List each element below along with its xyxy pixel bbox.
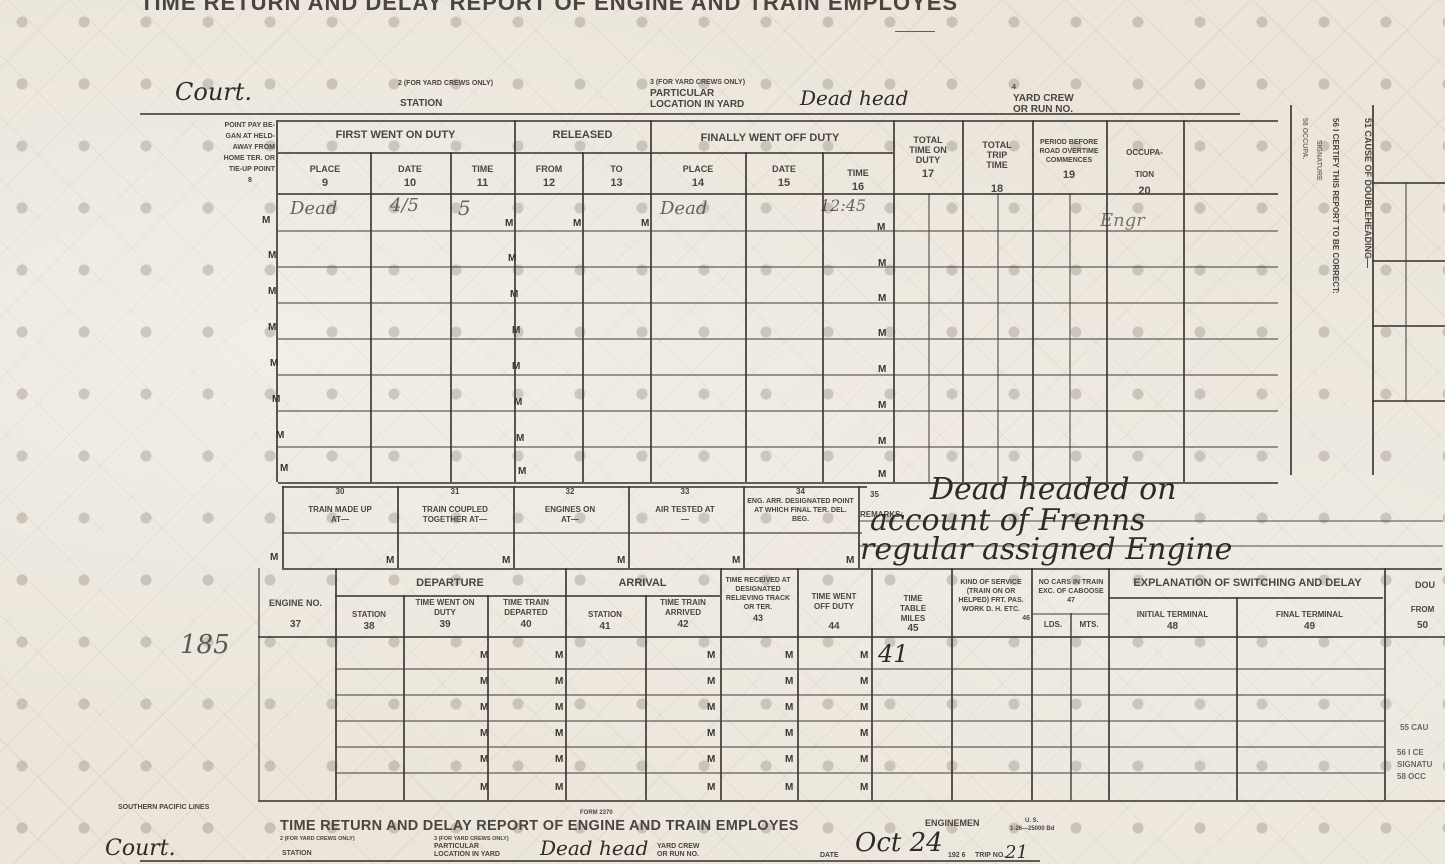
grid-line — [1384, 568, 1386, 800]
grid-line — [370, 152, 372, 482]
col-label: TIME WENT ON DUTY — [415, 598, 475, 618]
grid-line — [797, 568, 799, 800]
col-time-table-miles-45: TIME TABLE MILES45 — [873, 594, 953, 634]
footer-year-value: 192 6 — [948, 852, 966, 859]
group-first-went-on-duty: FIRST WENT ON DUTY — [278, 130, 513, 140]
meridian-marker: M — [785, 782, 793, 793]
grid-line — [278, 410, 1278, 412]
col-time-train-departed-40: TIME TRAIN DEPARTED40 — [488, 598, 564, 630]
col-label: PERIOD BEFORE ROAD OVERTIME COMMENCES — [1036, 138, 1102, 165]
meridian-marker: M — [707, 754, 715, 765]
col-num: 43 — [720, 614, 796, 623]
col-num: 44 — [798, 622, 870, 632]
col-num: 10 — [370, 178, 450, 188]
col-eng-arr-34: 34ENG. ARR. DESIGNATED POINT AT WHICH FI… — [743, 487, 858, 524]
meridian-marker: M — [860, 728, 868, 739]
col-num: 9 — [280, 178, 370, 188]
col-num: 40 — [488, 620, 564, 630]
col-label: TIME WENT OFF DUTY — [803, 592, 865, 612]
col-label: KIND OF SERVICE (TRAIN ON OR HELPED) FRT… — [954, 578, 1028, 614]
grid-line — [335, 746, 1385, 748]
handwritten-time: 5 — [458, 196, 471, 220]
col-date-10: DATE10 — [370, 164, 450, 188]
meridian-marker: M — [268, 286, 276, 297]
group-finally-went-off-duty: FINALLY WENT OFF DUTY — [650, 133, 890, 143]
footer-title: TIME RETURN AND DELAY REPORT OF ENGINE A… — [280, 818, 799, 834]
handwritten-occupation: Engr — [1100, 210, 1145, 231]
side-note-line: 8 — [185, 175, 275, 186]
footer-station-label-num: 2 (FOR YARD CREWS ONLY) — [280, 836, 355, 842]
footer-print-code: 1-26—25000 Bd — [1010, 826, 1054, 832]
grid-line — [282, 568, 1442, 570]
grid-line — [1236, 597, 1238, 800]
meridian-marker: M — [480, 782, 488, 793]
col-station-41: STATION41 — [566, 610, 644, 632]
footer-location-label-num: 3 (FOR YARD CREWS ONLY) — [434, 836, 509, 842]
col-time-received-43: TIME RECEIVED AT DESIGNATED RELIEVING TR… — [720, 576, 796, 623]
meridian-marker: M — [878, 436, 886, 447]
form-number: FORM 2370 — [580, 810, 613, 816]
handwritten-place-off: Dead — [660, 198, 707, 219]
side-code-56: 56 I CE — [1397, 748, 1424, 757]
meridian-marker: M — [617, 555, 625, 566]
grid-line — [514, 120, 516, 482]
meridian-marker: M — [505, 218, 513, 229]
col-num: 20 — [1107, 186, 1182, 196]
meridian-marker: M — [512, 325, 520, 336]
meridian-marker: M — [878, 258, 886, 269]
meridian-marker: M — [707, 782, 715, 793]
col-label: TO — [583, 164, 650, 174]
group-released: RELEASED — [515, 130, 650, 140]
handwritten-station: Court. — [175, 78, 252, 106]
col-label: AIR TESTED AT— — [655, 505, 715, 525]
col-label: ENGINE NO. — [258, 598, 333, 608]
col-num: 15 — [745, 178, 823, 188]
footer-rule — [140, 860, 1040, 862]
grid-line — [582, 152, 584, 482]
document-page: TIME RETURN AND DELAY REPORT OF ENGINE A… — [0, 0, 1445, 864]
col-label: PLACE — [280, 164, 370, 174]
meridian-marker: M — [518, 466, 526, 477]
grid-line — [278, 446, 1278, 448]
side-note: POINT PAY BE- GAN AT HELD- AWAY FROM HOM… — [185, 120, 275, 186]
col-num: 17 — [895, 169, 961, 179]
meridian-marker: M — [785, 650, 793, 661]
meridian-marker: M — [555, 702, 563, 713]
side-note-line: TIE-UP POINT — [185, 164, 275, 175]
footer-handwritten-location: Dead head — [540, 836, 648, 860]
meridian-marker: M — [512, 361, 520, 372]
side-panel-border — [1290, 105, 1292, 475]
meridian-marker: M — [860, 650, 868, 661]
col-num: 14 — [652, 178, 744, 188]
grid-line — [487, 595, 489, 800]
meridian-marker: M — [508, 253, 516, 264]
grid-line — [450, 152, 452, 482]
meridian-marker: M — [268, 250, 276, 261]
meridian-marker: M — [641, 218, 649, 229]
meridian-marker: M — [860, 702, 868, 713]
col-num: 31 — [400, 487, 510, 497]
grid-line — [1032, 120, 1034, 482]
col-label: TIME — [450, 164, 515, 174]
col-num: 13 — [583, 178, 650, 188]
col-place-9: PLACE9 — [280, 164, 370, 188]
side-code-58: 58 OCC — [1397, 772, 1426, 781]
col-date-15: DATE15 — [745, 164, 823, 188]
grid-line — [403, 595, 405, 800]
footer-category: ENGINEMEN — [925, 818, 980, 828]
grid-line — [397, 486, 399, 568]
col-label: FINAL TERMINAL — [1237, 610, 1382, 620]
col-time-11: TIME11 — [450, 164, 515, 188]
col-period-before-overtime-19: PERIOD BEFORE ROAD OVERTIME COMMENCES19 — [1033, 138, 1105, 180]
col-label: INITIAL TERMINAL — [1110, 610, 1235, 620]
signature-label: SIGNATURE — [1315, 140, 1322, 181]
grid-line — [335, 772, 1385, 774]
col-label: TIME TRAIN ARRIVED — [653, 598, 713, 618]
grid-line — [335, 694, 1385, 696]
col-air-tested-33: 33AIR TESTED AT— — [630, 487, 740, 525]
location-label-num: 3 (FOR YARD CREWS ONLY) — [650, 79, 745, 86]
col-train-coupled-31: 31TRAIN COUPLED TOGETHER AT— — [400, 487, 510, 525]
meridian-marker: M — [555, 650, 563, 661]
meridian-marker: M — [785, 702, 793, 713]
col-num: 39 — [404, 620, 486, 630]
meridian-marker: M — [878, 469, 886, 480]
grid-line — [1070, 613, 1072, 800]
crew-label-num: 4 — [1012, 84, 1016, 91]
remarks-line-1: Dead headed on — [930, 472, 1176, 507]
col-total-trip-time-18: TOTAL TRIP TIME18 — [963, 140, 1031, 194]
col-kind-of-service-46: KIND OF SERVICE (TRAIN ON OR HELPED) FRT… — [952, 578, 1030, 623]
col-label: TIME TABLE MILES — [893, 594, 933, 624]
meridian-marker: M — [707, 650, 715, 661]
grid-line — [335, 668, 1385, 670]
grid-line — [258, 636, 1445, 638]
grid-line — [282, 486, 284, 568]
meridian-marker: M — [514, 397, 522, 408]
side-note-line: GAN AT HELD- — [185, 131, 275, 142]
side-code-signature: SIGNATU — [1397, 760, 1432, 769]
grid-line — [1372, 260, 1445, 262]
meridian-marker: M — [516, 433, 524, 444]
footer-date-label: DATE — [820, 852, 839, 859]
handwritten-time-off: 12:45 — [820, 196, 866, 215]
handwritten-place: Dead — [290, 198, 337, 219]
grid-line — [871, 568, 873, 800]
group-arrival: ARRIVAL — [565, 578, 720, 588]
footer-handwritten-station: Court. — [105, 836, 176, 861]
col-label: TRAIN COUPLED TOGETHER AT— — [408, 505, 503, 525]
handwritten-miles: 41 — [878, 640, 909, 668]
grid-line — [278, 266, 1278, 268]
col-num: 45 — [873, 624, 953, 634]
col-occupation-20: OCCUPA- TION20 — [1107, 142, 1182, 196]
col-loads: LDS. — [1035, 620, 1071, 630]
col-from-12: FROM12 — [515, 164, 583, 188]
meridian-marker: M — [878, 293, 886, 304]
side-note-line: HOME TER. OR — [185, 153, 275, 164]
grid-line — [282, 532, 862, 534]
group-explanation: EXPLANATION OF SWITCHING AND DELAY — [1110, 578, 1385, 588]
meridian-marker: M — [707, 676, 715, 687]
grid-line — [1372, 400, 1445, 402]
col-label: FROM — [515, 164, 583, 174]
station-label: STATION — [400, 99, 442, 109]
col-num: 48 — [1110, 622, 1235, 632]
meridian-marker: M — [785, 728, 793, 739]
col-time-16: TIME16 — [823, 168, 893, 192]
col-train-made-up-30: 30TRAIN MADE UP AT— — [285, 487, 395, 525]
grid-line — [335, 595, 720, 597]
grid-line — [951, 568, 953, 800]
grid-line — [997, 193, 999, 482]
grid-line — [1108, 568, 1110, 800]
col-num: 46 — [952, 614, 1030, 623]
footer-location-label-2: LOCATION IN YARD — [434, 851, 500, 858]
col-num: 32 — [515, 487, 625, 497]
meridian-marker: M — [707, 728, 715, 739]
header-rule — [140, 113, 1240, 115]
grid-line — [258, 568, 260, 800]
col-num: 33 — [630, 487, 740, 497]
meridian-marker: M — [262, 215, 270, 226]
col-num: 34 — [743, 487, 858, 496]
col-num: 12 — [515, 178, 583, 188]
col-label: OCCUPA- TION — [1125, 142, 1165, 186]
meridian-marker: M — [510, 289, 518, 300]
side-code-55: 55 CAU — [1400, 723, 1428, 732]
grid-line — [278, 193, 1278, 195]
grid-line — [278, 338, 1278, 340]
meridian-marker: M — [480, 754, 488, 765]
col-final-terminal-49: FINAL TERMINAL49 — [1237, 610, 1382, 632]
grid-line — [645, 595, 647, 800]
grid-line — [1106, 120, 1108, 482]
meridian-marker: M — [878, 364, 886, 375]
meridian-marker: M — [860, 782, 868, 793]
footer-crew-label-1: YARD CREW — [657, 843, 700, 850]
grid-line — [278, 302, 1278, 304]
meridian-marker: M — [707, 702, 715, 713]
col-empties: MTS. — [1071, 620, 1107, 630]
col-label: ENG. ARR. DESIGNATED POINT AT WHICH FINA… — [746, 497, 856, 524]
handwritten-date: 4/5 — [390, 195, 419, 216]
footer-location-label-1: PARTICULAR — [434, 843, 479, 850]
col-label: TIME RECEIVED AT DESIGNATED RELIEVING TR… — [723, 576, 793, 612]
col-engine-no-37: ENGINE NO.37 — [258, 598, 333, 630]
location-label-2: LOCATION IN YARD — [650, 100, 744, 110]
col-num: 50 — [1400, 621, 1445, 631]
col-label: STATION — [336, 610, 402, 620]
grid-line — [1372, 325, 1445, 327]
grid-line — [1069, 193, 1071, 482]
col-to-13: TO13 — [583, 164, 650, 188]
grid-line — [1183, 120, 1185, 482]
occupation-label: 58 OCCUPA. — [1301, 118, 1308, 160]
col-engines-on-32: 32ENGINES ON AT— — [515, 487, 625, 525]
footer-station-label: STATION — [282, 850, 312, 857]
meridian-marker: M — [480, 650, 488, 661]
meridian-marker: M — [877, 222, 885, 233]
meridian-marker: M — [555, 754, 563, 765]
footer-crew-label-2: OR RUN NO. — [657, 851, 699, 858]
col-num: 42 — [646, 620, 720, 630]
col-num: 11 — [450, 178, 515, 188]
col-num: 16 — [823, 182, 893, 192]
col-label: TIME TRAIN DEPARTED — [496, 598, 556, 618]
meridian-marker: M — [878, 328, 886, 339]
grid-line — [962, 120, 964, 482]
meridian-marker: M — [276, 430, 284, 441]
col-num: 49 — [1237, 622, 1382, 632]
station-label-num: 2 (FOR YARD CREWS ONLY) — [398, 80, 493, 87]
side-note-line: POINT PAY BE- — [185, 120, 275, 131]
meridian-marker: M — [785, 754, 793, 765]
col-num: 41 — [566, 622, 644, 632]
col-no-cars-47: NO CARS IN TRAIN EXC. OF CABOOSE 47 — [1033, 578, 1109, 605]
col-place-14: PLACE14 — [652, 164, 744, 188]
meridian-marker: M — [272, 394, 280, 405]
railroad-name: SOUTHERN PACIFIC LINES — [118, 804, 209, 811]
meridian-marker: M — [280, 463, 288, 474]
footer-us-mark: U. S. — [1025, 818, 1038, 824]
footer-date-value: Oct 24 — [855, 828, 943, 858]
col-label: TOTAL TIME ON DUTY — [908, 135, 948, 165]
meridian-marker: M — [555, 782, 563, 793]
meridian-marker: M — [860, 754, 868, 765]
form-title: TIME RETURN AND DELAY REPORT OF ENGINE A… — [140, 0, 958, 16]
col-station-38: STATION38 — [336, 610, 402, 632]
col-total-time-on-duty-17: TOTAL TIME ON DUTY17 — [895, 135, 961, 179]
col-label: FROM — [1400, 605, 1445, 615]
meridian-marker: M — [573, 218, 581, 229]
grid-line — [720, 568, 722, 800]
col-label: TRAIN MADE UP AT— — [305, 505, 375, 525]
meridian-marker: M — [270, 552, 278, 563]
grid-line — [278, 374, 1278, 376]
col-time-train-arrived-42: TIME TRAIN ARRIVED42 — [646, 598, 720, 630]
col-time-went-on-duty-39: TIME WENT ON DUTY39 — [404, 598, 486, 630]
col-label: ENGINES ON AT— — [540, 505, 600, 525]
grid-line — [928, 193, 930, 482]
grid-line — [335, 720, 1385, 722]
col-label: DATE — [370, 164, 450, 174]
col-from-50: FROM50 — [1400, 605, 1445, 631]
meridian-marker: M — [480, 676, 488, 687]
col-time-went-off-duty-44: TIME WENT OFF DUTY44 — [798, 592, 870, 632]
grid-line — [278, 120, 1278, 122]
cause-of-doubleheading-label: 51 CAUSE OF DOUBLEHEADING— — [1363, 118, 1373, 268]
grid-line — [1031, 568, 1033, 800]
remarks-line-3: regular assigned Engine — [860, 532, 1232, 567]
group-departure: DEPARTURE — [335, 578, 565, 588]
footer-trip-label: TRIP NO. — [975, 852, 1005, 859]
grid-line — [1372, 182, 1445, 184]
crew-label-1: YARD CREW — [1013, 94, 1074, 104]
meridian-marker: M — [268, 322, 276, 333]
grid-line — [893, 120, 895, 482]
col-label: STATION — [566, 610, 644, 620]
col-initial-terminal-48: INITIAL TERMINAL48 — [1110, 610, 1235, 632]
group-double: DOU — [1415, 580, 1445, 590]
col-num: 30 — [285, 487, 395, 497]
grid-line — [1405, 182, 1407, 402]
meridian-marker: M — [480, 702, 488, 713]
grid-line — [745, 152, 747, 482]
col-num: 38 — [336, 622, 402, 632]
col-num: 19 — [1033, 171, 1105, 180]
meridian-marker: M — [732, 555, 740, 566]
meridian-marker: M — [386, 555, 394, 566]
meridian-marker: M — [480, 728, 488, 739]
col-num: 37 — [258, 620, 333, 630]
certify-label: 56 I CERTIFY THIS REPORT TO BE CORRECT: — [1331, 118, 1340, 294]
col-label: PLACE — [652, 164, 744, 174]
meridian-marker: M — [846, 555, 854, 566]
col-label: TIME — [823, 168, 893, 178]
meridian-marker: M — [555, 676, 563, 687]
col-label: DATE — [745, 164, 823, 174]
col-label: NO CARS IN TRAIN EXC. OF CABOOSE 47 — [1038, 578, 1104, 605]
meridian-marker: M — [878, 400, 886, 411]
grid-line — [1108, 597, 1383, 599]
meridian-marker: M — [502, 555, 510, 566]
grid-line — [565, 568, 567, 800]
side-note-line: AWAY FROM — [185, 142, 275, 153]
location-label-1: PARTICULAR — [650, 89, 714, 99]
grid-line — [335, 568, 337, 800]
meridian-marker: M — [555, 728, 563, 739]
meridian-marker: M — [860, 676, 868, 687]
title-rule — [895, 31, 935, 32]
meridian-marker: M — [785, 676, 793, 687]
grid-line — [276, 120, 278, 482]
handwritten-location: Dead head — [800, 86, 908, 110]
grid-line — [258, 800, 1445, 802]
grid-line — [650, 120, 652, 482]
meridian-marker: M — [270, 358, 278, 369]
remarks-num: 35 — [870, 490, 879, 499]
col-label: TOTAL TRIP TIME — [977, 140, 1017, 170]
handwritten-engine-number: 185 — [180, 630, 230, 660]
